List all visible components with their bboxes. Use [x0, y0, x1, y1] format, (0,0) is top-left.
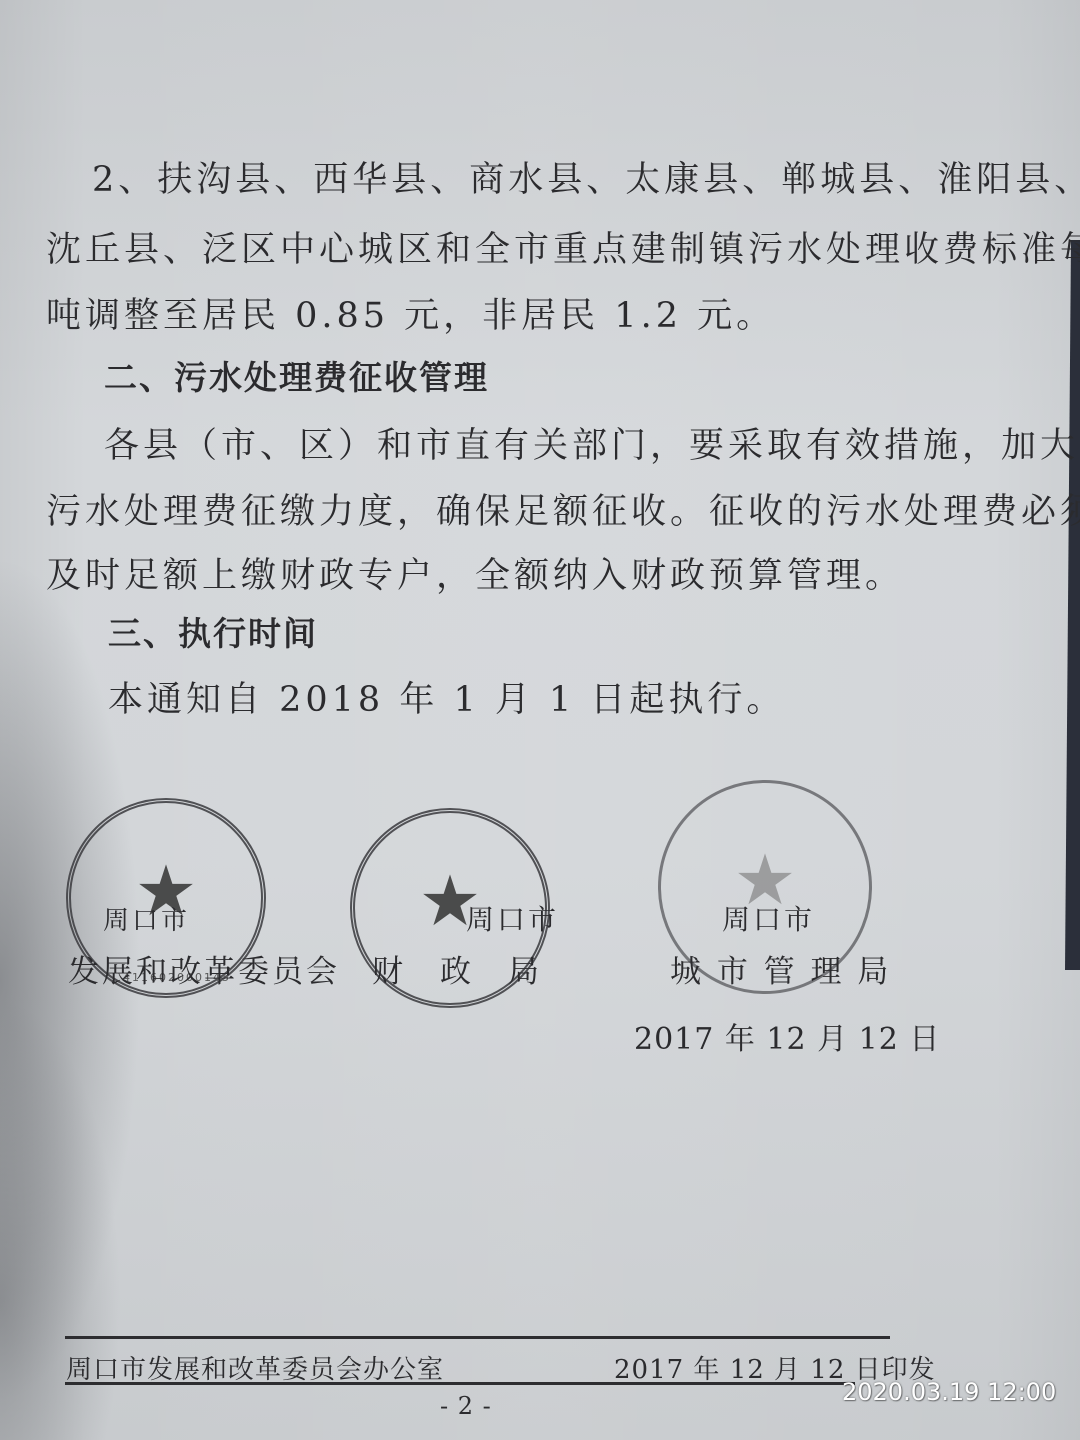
paragraph-line: 污水处理费征缴力度，确保足额征收。征收的污水处理费必须: [46, 484, 1080, 534]
signature-line1: 周口市: [103, 900, 190, 937]
paragraph-line: 沈丘县、泛区中心城区和全市重点建制镇污水处理收费标准每: [46, 222, 1080, 272]
paragraph-line: 及时足额上缴财政专户，全额纳入财政预算管理。: [46, 548, 904, 598]
signature-label: 财 政 局: [372, 946, 542, 991]
signature-label: 发展和改革委员会: [68, 946, 340, 991]
photo-timestamp: 2020.03.19 12:00: [842, 1378, 1056, 1406]
footer-top-rule: [65, 1336, 890, 1339]
paragraph-line: 本通知自 2018 年 1 月 1 日起执行。: [108, 672, 785, 722]
paragraph-line: 吨调整至居民 0.85 元，非居民 1.2 元。: [46, 288, 775, 338]
sign-date: 2017 年 12 月 12 日: [634, 1014, 940, 1058]
footer-issuer: 周口市发展和改革委员会办公室: [66, 1349, 444, 1386]
section-heading: 三、执行时间: [108, 608, 318, 655]
paragraph-line: 各县（市、区）和市直有关部门，要采取有效措施，加大: [104, 418, 1079, 468]
section-heading: 二、污水处理费征收管理: [104, 352, 489, 399]
footer-bottom-rule: [65, 1382, 855, 1385]
signature-label: 城 市 管 理 局: [670, 946, 891, 991]
paragraph-line: 2、扶沟县、西华县、商水县、太康县、郸城县、淮阳县、: [92, 152, 1080, 202]
signature-line1: 周口市: [466, 898, 559, 938]
signature-line1: 周口市: [722, 898, 815, 938]
page-number: - 2 -: [440, 1392, 492, 1420]
